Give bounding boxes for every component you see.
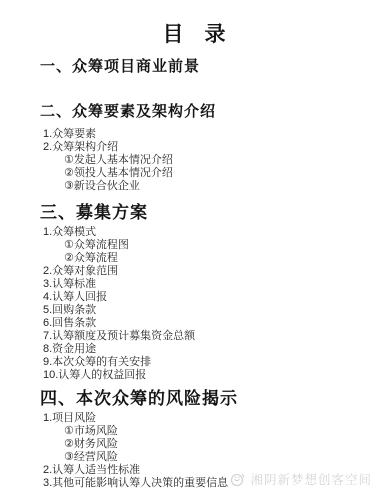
toc-item: 1.项目风险 bbox=[40, 412, 378, 425]
document-page: 目 录 一、众筹项目商业前景二、众筹要素及架构介绍1.众筹要素2.众筹架构介绍①… bbox=[0, 0, 388, 500]
toc-item: ①市场风险 bbox=[40, 425, 378, 438]
toc-item: ③经营风险 bbox=[40, 451, 378, 464]
toc-item: 6.回售条款 bbox=[40, 317, 378, 330]
toc-item: ②领投人基本情况介绍 bbox=[40, 167, 378, 180]
toc-item: 10.认筹人的权益回报 bbox=[40, 369, 378, 382]
toc-section: 一、众筹项目商业前景 bbox=[40, 58, 378, 77]
section-items: 1.众筹要素2.众筹架构介绍①发起人基本情况介绍②领投人基本情况介绍③新设合伙企… bbox=[40, 128, 378, 193]
section-heading: 二、众筹要素及架构介绍 bbox=[40, 103, 378, 122]
toc-section: 三、募集方案1.众筹模式①众筹流程图②众筹流程2.众筹对象范围3.认筹标准4.认… bbox=[40, 202, 378, 382]
section-heading: 四、本次众筹的风险揭示 bbox=[40, 388, 378, 409]
toc-item: 5.回购条款 bbox=[40, 304, 378, 317]
section-heading: 三、募集方案 bbox=[40, 202, 378, 223]
toc-item: 1.众筹要素 bbox=[40, 128, 378, 141]
toc-item: 9.本次众筹的有关安排 bbox=[40, 356, 378, 369]
toc-item: 3.认筹标准 bbox=[40, 278, 378, 291]
toc-item: ②财务风险 bbox=[40, 438, 378, 451]
section-items: 1.众筹模式①众筹流程图②众筹流程2.众筹对象范围3.认筹标准4.认筹人回报5.… bbox=[40, 226, 378, 382]
toc-item: ①发起人基本情况介绍 bbox=[40, 154, 378, 167]
toc-item: ③新设合伙企业 bbox=[40, 180, 378, 193]
smiley-logo-icon bbox=[229, 472, 246, 487]
watermark-text: 湘阴新梦想创客空间 bbox=[250, 470, 372, 488]
toc-item: 7.认筹额度及预计募集资金总额 bbox=[40, 330, 378, 343]
watermark: 湘阴新梦想创客空间 bbox=[229, 470, 372, 488]
page-title: 目 录 bbox=[0, 0, 388, 46]
toc-section: 二、众筹要素及架构介绍1.众筹要素2.众筹架构介绍①发起人基本情况介绍②领投人基… bbox=[40, 103, 378, 193]
toc-item: 1.众筹模式 bbox=[40, 226, 378, 239]
toc-item: 2.众筹对象范围 bbox=[40, 265, 378, 278]
toc-sections: 一、众筹项目商业前景二、众筹要素及架构介绍1.众筹要素2.众筹架构介绍①发起人基… bbox=[0, 58, 388, 490]
toc-item: 8.资金用途 bbox=[40, 343, 378, 356]
toc-item: ②众筹流程 bbox=[40, 252, 378, 265]
section-heading: 一、众筹项目商业前景 bbox=[40, 58, 378, 77]
toc-item: 4.认筹人回报 bbox=[40, 291, 378, 304]
toc-item: 2.众筹架构介绍 bbox=[40, 141, 378, 154]
toc-item: ①众筹流程图 bbox=[40, 239, 378, 252]
